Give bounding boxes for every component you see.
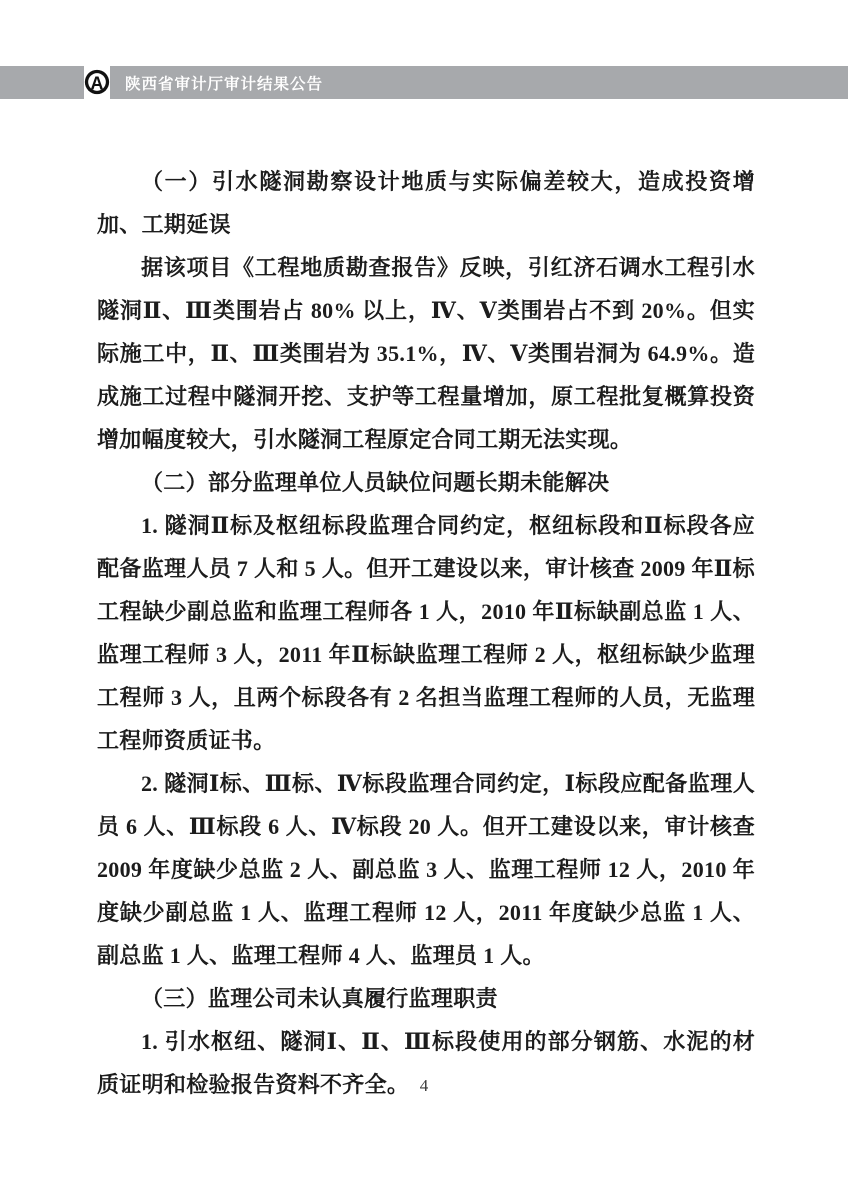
paragraph-supervision-item-1: 1. 隧洞Ⅱ标及枢纽标段监理合同约定，枢纽标段和Ⅱ标段各应配备监理人员 7 人和…: [97, 504, 755, 762]
header-band-left: [0, 66, 84, 99]
paragraph-supervision-item-2: 2. 隧洞Ⅰ标、Ⅲ标、Ⅳ标段监理合同约定，Ⅰ标段应配备监理人员 6 人、Ⅲ标段 …: [97, 762, 755, 977]
page-footer: 4: [0, 1076, 848, 1096]
header-title: 陕西省审计厅审计结果公告: [110, 72, 323, 94]
paragraph-geology: 据该项目《工程地质勘查报告》反映，引红济石调水工程引水隧洞Ⅱ、Ⅲ类围岩占 80%…: [97, 246, 755, 461]
page-header: A 陕西省审计厅审计结果公告: [0, 66, 848, 99]
section-heading-2: （二）部分监理单位人员缺位问题长期未能解决: [97, 461, 755, 504]
section-heading-3: （三）监理公司未认真履行监理职责: [97, 977, 755, 1020]
header-band-right: 陕西省审计厅审计结果公告: [110, 66, 848, 99]
document-body: （一）引水隧洞勘察设计地质与实际偏差较大，造成投资增加、工期延误 据该项目《工程…: [97, 160, 755, 1106]
audit-a-logo-icon: A: [84, 69, 110, 95]
page-number: 4: [420, 1076, 429, 1095]
svg-text:A: A: [90, 73, 103, 93]
audit-logo: A: [84, 66, 110, 99]
section-heading-1: （一）引水隧洞勘察设计地质与实际偏差较大，造成投资增加、工期延误: [97, 160, 755, 246]
